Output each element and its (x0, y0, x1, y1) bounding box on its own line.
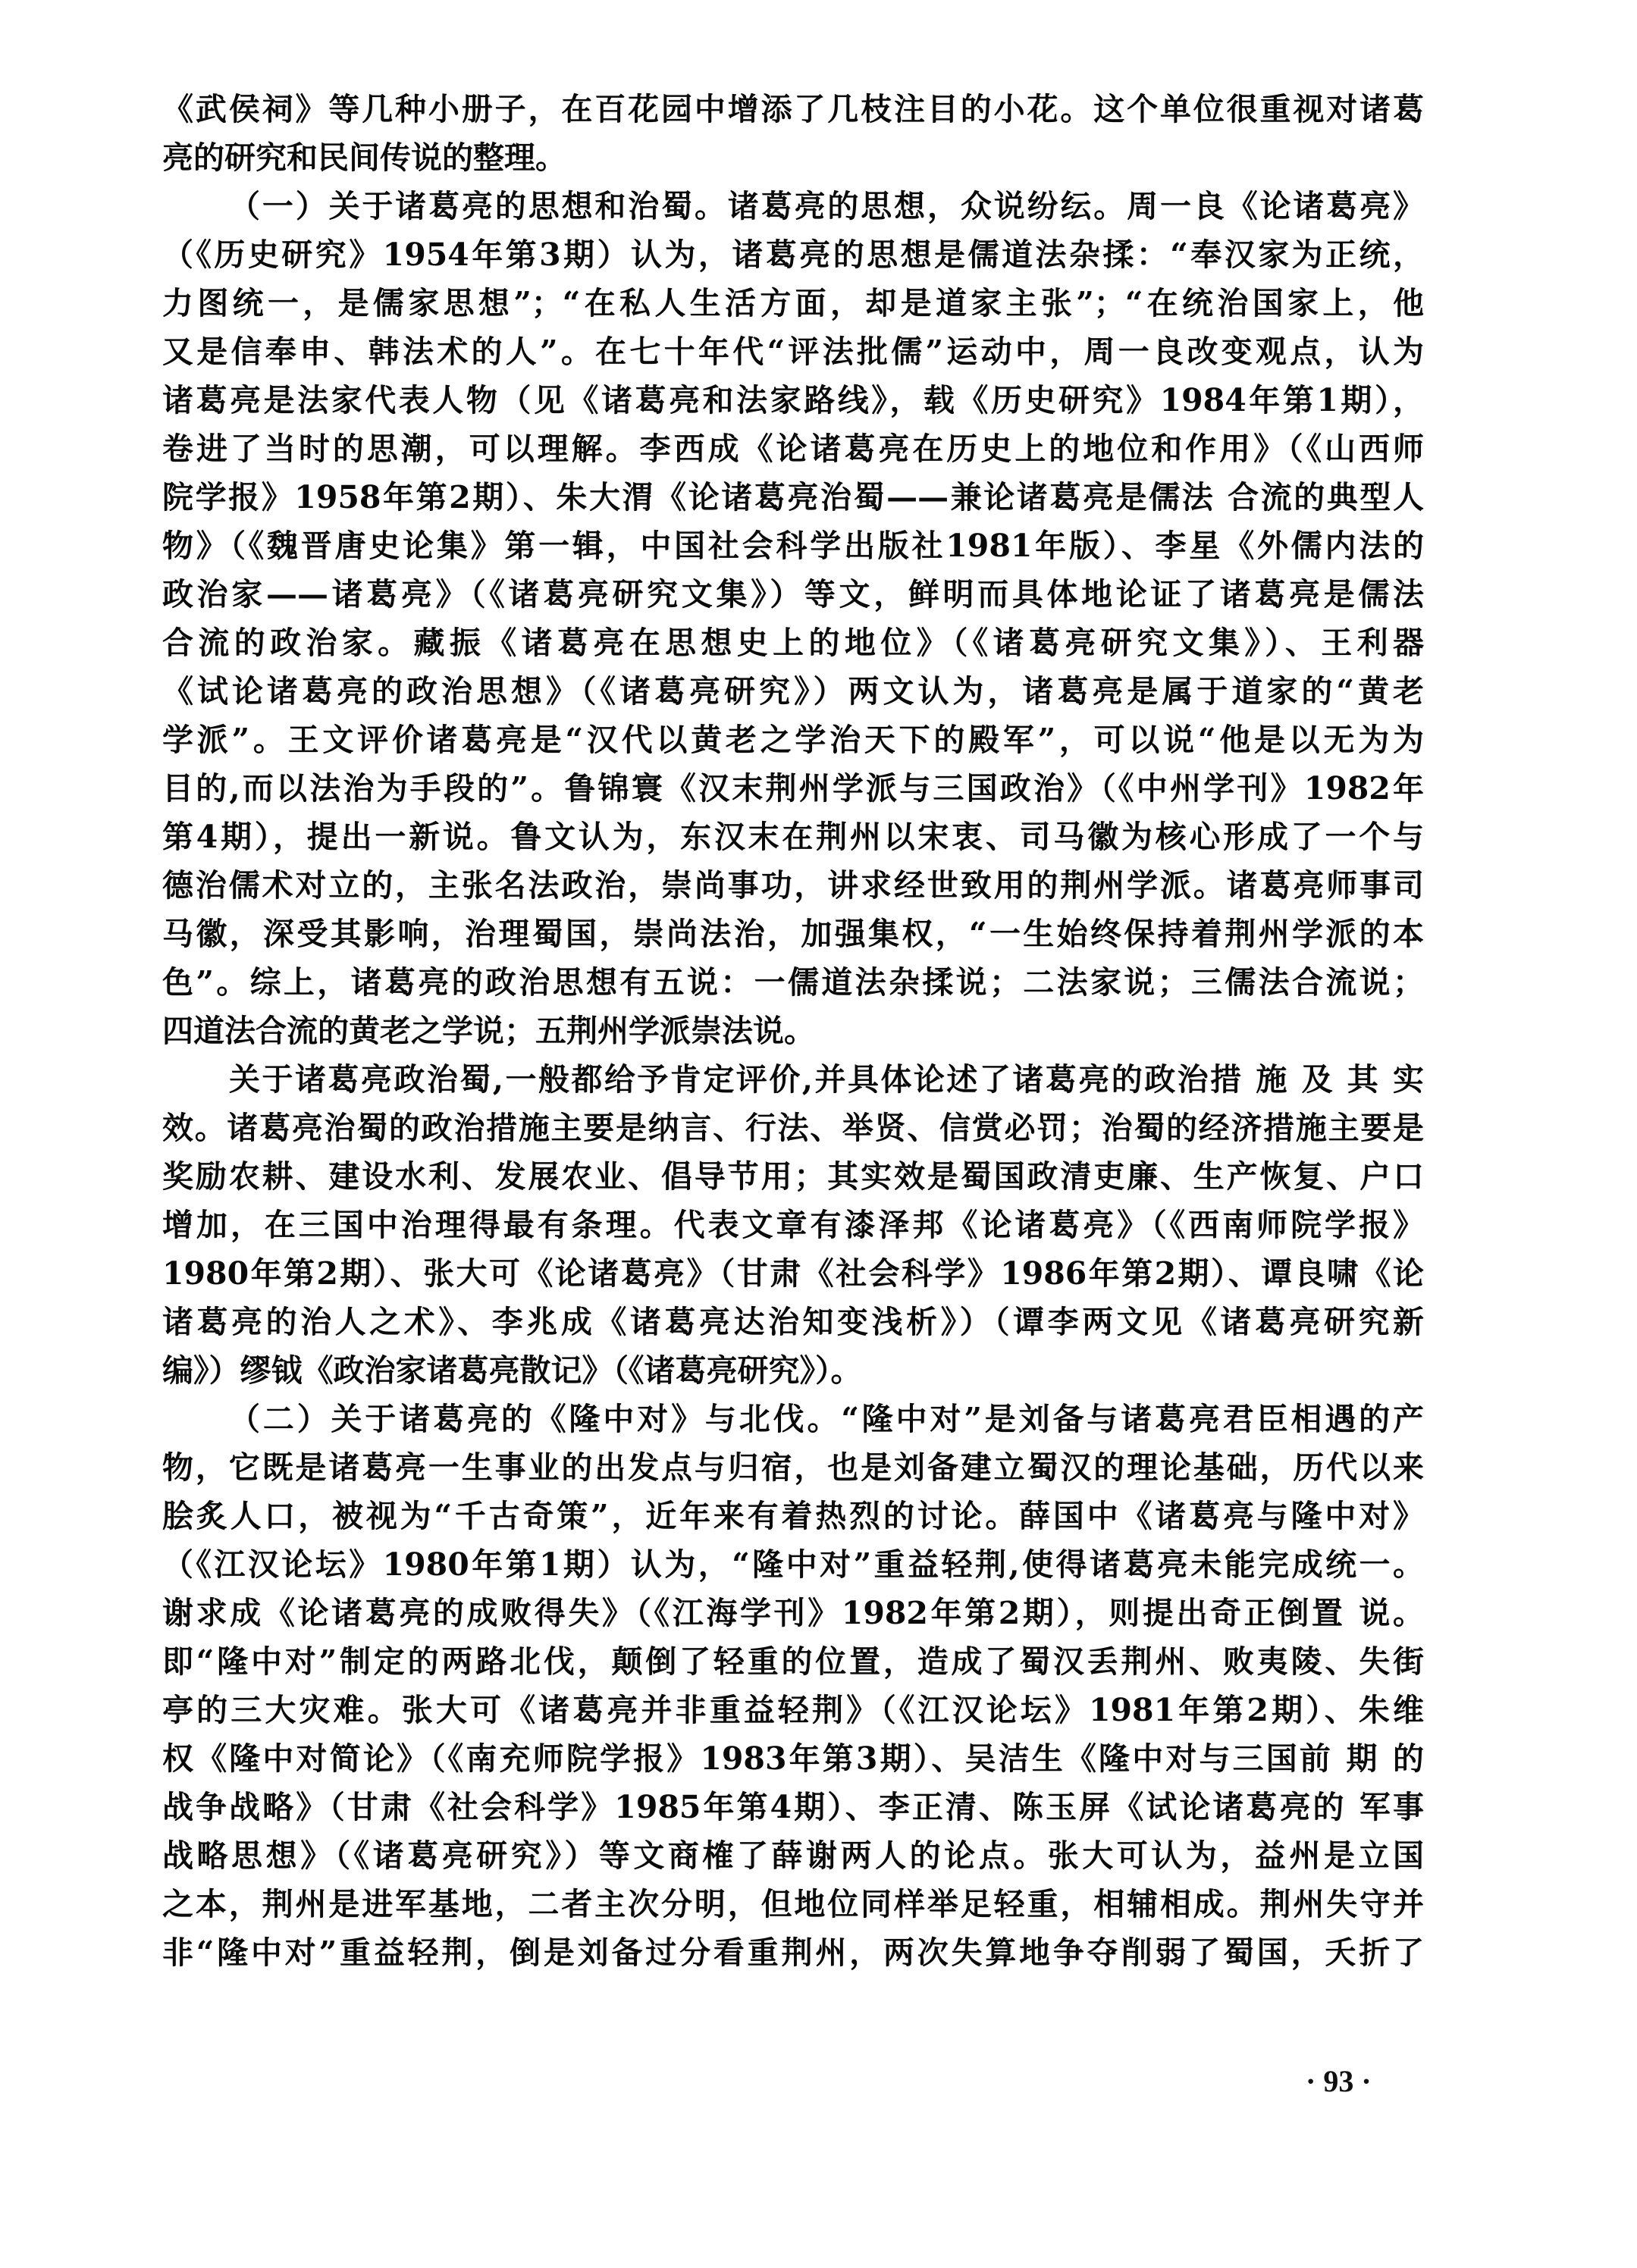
text-line: 效。诸葛亮治蜀的政治措施主要是纳言、行法、举贤、信赏必罚；治蜀的经济措施主要是 (162, 1104, 1424, 1152)
text-line: 院学报》1958年第2期）、朱大渭《论诸葛亮治蜀——兼论诸葛亮是儒法 合流的典型… (162, 473, 1424, 522)
text-line: 编》）缪钺《政治家诸葛亮散记》（《诸葛亮研究》）。 (162, 1346, 1424, 1395)
text-line: 《试论诸葛亮的政治思想》（《诸葛亮研究》）两文认为，诸葛亮是属于道家的“黄老 (162, 667, 1424, 716)
text-line: 之本，荆州是进军基地，二者主次分明，但地位同样举足轻重，相辅相成。荆州失守并 (162, 1880, 1424, 1928)
text-line: 亮的研究和民间传说的整理。 (162, 133, 1424, 182)
text-line: 关于诸葛亮政治蜀,一般都给予肯定评价,并具体论述了诸葛亮的政治措 施 及 其 实 (162, 1055, 1424, 1104)
page-number: · 93 · (1306, 2063, 1372, 2099)
text-line: 增加，在三国中治理得最有条理。代表文章有漆泽邦《论诸葛亮》（《西南师院学报》 (162, 1201, 1424, 1249)
text-line: （二）关于诸葛亮的《隆中对》与北伐。“隆中对”是刘备与诸葛亮君臣相遇的产 (162, 1395, 1424, 1443)
text-line: 物，它既是诸葛亮一生事业的出发点与归宿，也是刘备建立蜀汉的理论基础，历代以来 (162, 1443, 1424, 1492)
text-line: 诸葛亮的治人之术》、李兆成《诸葛亮达治知变浅析》）（谭李两文见《诸葛亮研究新 (162, 1298, 1424, 1346)
text-line: 诸葛亮是法家代表人物（见《诸葛亮和法家路线》，载《历史研究》1984年第1期）， (162, 376, 1424, 424)
text-line: 合流的政治家。藏振《诸葛亮在思想史上的地位》（《诸葛亮研究文集》）、王利器 (162, 619, 1424, 667)
text-line: 第4期），提出一新说。鲁文认为，东汉末在荆州以宋衷、司马徽为核心形成了一个与 (162, 813, 1424, 861)
text-line: 权《隆中对简论》（《南充师院学报》1983年第3期）、吴洁生《隆中对与三国前 期… (162, 1734, 1424, 1783)
text-line: 即“隆中对”制定的两路北伐，颠倒了轻重的位置，造成了蜀汉丢荆州、败夷陵、失街 (162, 1637, 1424, 1686)
text-line: 力图统一，是儒家思想”；“在私人生活方面，却是道家主张”；“在统治国家上，他 (162, 279, 1424, 327)
text-line: 色”。综上，诸葛亮的政治思想有五说：一儒道法杂揉说；二法家说；三儒法合流说； (162, 958, 1424, 1007)
document-page: 《武侯祠》等几种小册子，在百花园中增添了几枝注目的小花。这个单位很重视对诸葛亮的… (0, 0, 1637, 2268)
text-line: 《武侯祠》等几种小册子，在百花园中增添了几枝注目的小花。这个单位很重视对诸葛 (162, 85, 1424, 133)
text-line: 奖励农耕、建设水利、发展农业、倡导节用；其实效是蜀国政清吏廉、生产恢复、户口 (162, 1152, 1424, 1201)
text-column: 《武侯祠》等几种小册子，在百花园中增添了几枝注目的小花。这个单位很重视对诸葛亮的… (162, 85, 1424, 1977)
text-line: 马徽，深受其影响，治理蜀国，崇尚法治，加强集权，“一生始终保持着荆州学派的本 (162, 910, 1424, 958)
text-line: 战争战略》（甘肃《社会科学》1985年第4期）、李正清、陈玉屏《试论诸葛亮的 军… (162, 1783, 1424, 1831)
text-line: 又是信奉申、韩法术的人”。在七十年代“评法批儒”运动中，周一良改变观点，认为 (162, 327, 1424, 376)
text-line: 学派”。王文评价诸葛亮是“汉代以黄老之学治天下的殿军”，可以说“他是以无为为 (162, 716, 1424, 764)
text-line: 非“隆中对”重益轻荆，倒是刘备过分看重荆州，两次失算地争夺削弱了蜀国，夭折了 (162, 1928, 1424, 1977)
text-line: 卷进了当时的思潮，可以理解。李西成《论诸葛亮在历史上的地位和作用》（《山西师 (162, 424, 1424, 473)
text-line: 1980年第2期）、张大可《论诸葛亮》（甘肃《社会科学》1986年第2期）、谭良… (162, 1249, 1424, 1298)
text-line: （《历史研究》1954年第3期）认为，诸葛亮的思想是儒道法杂揉：“奉汉家为正统， (162, 230, 1424, 279)
text-line: 物》（《魏晋唐史论集》第一辑，中国社会科学出版社1981年版）、李星《外儒内法的 (162, 522, 1424, 570)
text-line: 战略思想》（《诸葛亮研究》）等文商榷了薛谢两人的论点。张大可认为，益州是立国 (162, 1831, 1424, 1880)
text-line: （一）关于诸葛亮的思想和治蜀。诸葛亮的思想，众说纷纭。周一良《论诸葛亮》 (162, 182, 1424, 230)
text-line: 谢求成《论诸葛亮的成败得失》（《江海学刊》1982年第2期），则提出奇正倒置 说… (162, 1589, 1424, 1637)
text-line: 目的,而以法治为手段的”。鲁锦寰《汉末荆州学派与三国政治》（《中州学刊》1982… (162, 764, 1424, 813)
text-line: 四道法合流的黄老之学说；五荆州学派崇法说。 (162, 1007, 1424, 1055)
text-line: 亭的三大灾难。张大可《诸葛亮并非重益轻荆》（《江汉论坛》1981年第2期）、朱维 (162, 1686, 1424, 1734)
text-line: 政治家——诸葛亮》（《诸葛亮研究文集》）等文，鲜明而具体地论证了诸葛亮是儒法 (162, 570, 1424, 619)
text-line: 脍炙人口，被视为“千古奇策”，近年来有着热烈的讨论。薛国中《诸葛亮与隆中对》 (162, 1492, 1424, 1540)
text-line: （《江汉论坛》1980年第1期）认为，“隆中对”重益轻荆,使得诸葛亮未能完成统一… (162, 1540, 1424, 1589)
text-line: 德治儒术对立的，主张名法政治，崇尚事功，讲求经世致用的荆州学派。诸葛亮师事司 (162, 861, 1424, 910)
